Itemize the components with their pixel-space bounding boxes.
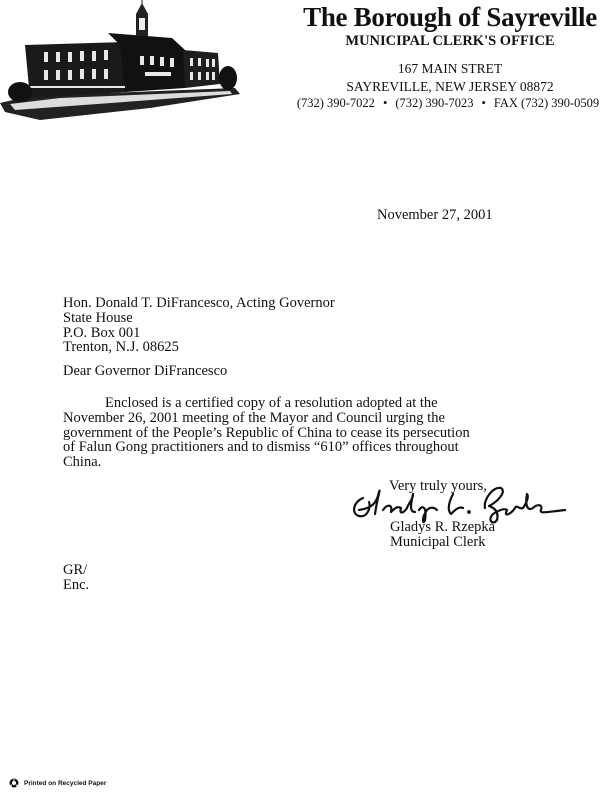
body-paragraph: Enclosed is a certified copy of a resolu…: [63, 396, 483, 470]
building-illustration-icon: [0, 0, 245, 125]
recipient-line: Hon. Donald T. DiFrancesco, Acting Gover…: [63, 296, 335, 311]
fax-number: FAX (732) 390-0509: [494, 96, 599, 110]
bullet-separator: •: [481, 96, 485, 110]
bullet-separator: •: [383, 96, 387, 110]
recipient-line: P.O. Box 001: [63, 326, 335, 341]
organization-title: The Borough of Sayreville: [300, 2, 600, 33]
city-address: SAYREVILLE, NEW JERSEY 08872: [300, 79, 600, 95]
recipient-line: Trenton, N.J. 08625: [63, 340, 335, 355]
phone-number-2: (732) 390-7023: [395, 96, 473, 110]
signer-block: Gladys R. Rzepka Municipal Clerk: [390, 520, 495, 550]
recycle-icon: [9, 778, 19, 788]
enclosure-note: Enc.: [63, 578, 89, 593]
recipient-line: State House: [63, 311, 335, 326]
typist-initials: GR/: [63, 563, 89, 578]
signer-name: Gladys R. Rzepka: [390, 520, 495, 535]
letter-date: November 27, 2001: [377, 208, 493, 223]
reference-initials: GR/ Enc.: [63, 563, 89, 593]
footer-text: Printed on Recycled Paper: [24, 780, 106, 787]
phone-number-1: (732) 390-7022: [297, 96, 375, 110]
street-address: 167 MAIN STRET: [300, 61, 600, 77]
signer-title: Municipal Clerk: [390, 535, 495, 550]
recycled-paper-notice: Printed on Recycled Paper: [9, 778, 106, 788]
letter-body: Enclosed is a certified copy of a resolu…: [63, 396, 483, 470]
office-name: MUNICIPAL CLERK'S OFFICE: [300, 33, 600, 50]
salutation: Dear Governor DiFrancesco: [63, 364, 227, 379]
contact-numbers: (732) 390-7022•(732) 390-7023•FAX (732) …: [296, 96, 600, 111]
recipient-address: Hon. Donald T. DiFrancesco, Acting Gover…: [63, 296, 335, 355]
